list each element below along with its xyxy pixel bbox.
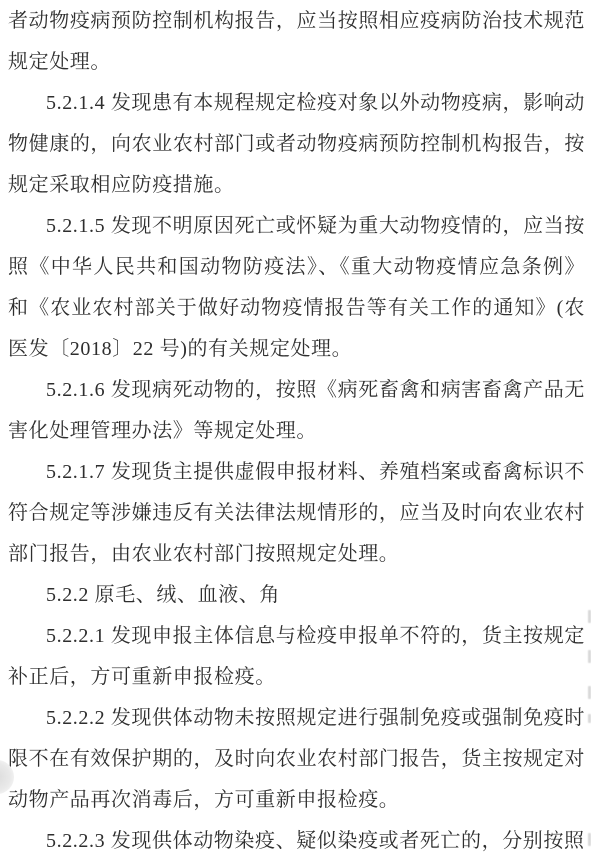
paragraph-5-2-1-7: 5.2.1.7 发现货主提供虚假申报材料、养殖档案或畜禽标识不符合规定等涉嫌违反… (8, 452, 585, 575)
paragraph-5-2-2-3: 5.2.2.3 发现供体动物染疫、疑似染疫或者死亡的，分别按照 (8, 821, 585, 859)
section-heading-5-2-2: 5.2.2 原毛、绒、血液、角 (8, 575, 585, 616)
paragraph-5-2-2-1: 5.2.2.1 发现申报主体信息与检疫申报单不符的，货主按规定补正后，方可重新申… (8, 616, 585, 698)
paragraph-continuation: 者动物疫病预防控制机构报告，应当按照相应疫病防治技术规范规定处理。 (8, 1, 585, 83)
paragraph-5-2-1-4: 5.2.1.4 发现患有本规程规定检疫对象以外动物疫病，影响动物健康的，向农业农… (8, 83, 585, 206)
paragraph-5-2-2-2: 5.2.2.2 发现供体动物未按照规定进行强制免疫或强制免疫时限不在有效保护期的… (8, 698, 585, 821)
document-page: 者动物疫病预防控制机构报告，应当按照相应疫病防治技术规范规定处理。 5.2.1.… (0, 0, 591, 859)
paragraph-5-2-1-6: 5.2.1.6 发现病死动物的，按照《病死畜禽和病害畜禽产品无害化处理管理办法》… (8, 370, 585, 452)
paragraph-5-2-1-5: 5.2.1.5 发现不明原因死亡或怀疑为重大动物疫情的，应当按照《中华人民共和国… (8, 206, 585, 370)
